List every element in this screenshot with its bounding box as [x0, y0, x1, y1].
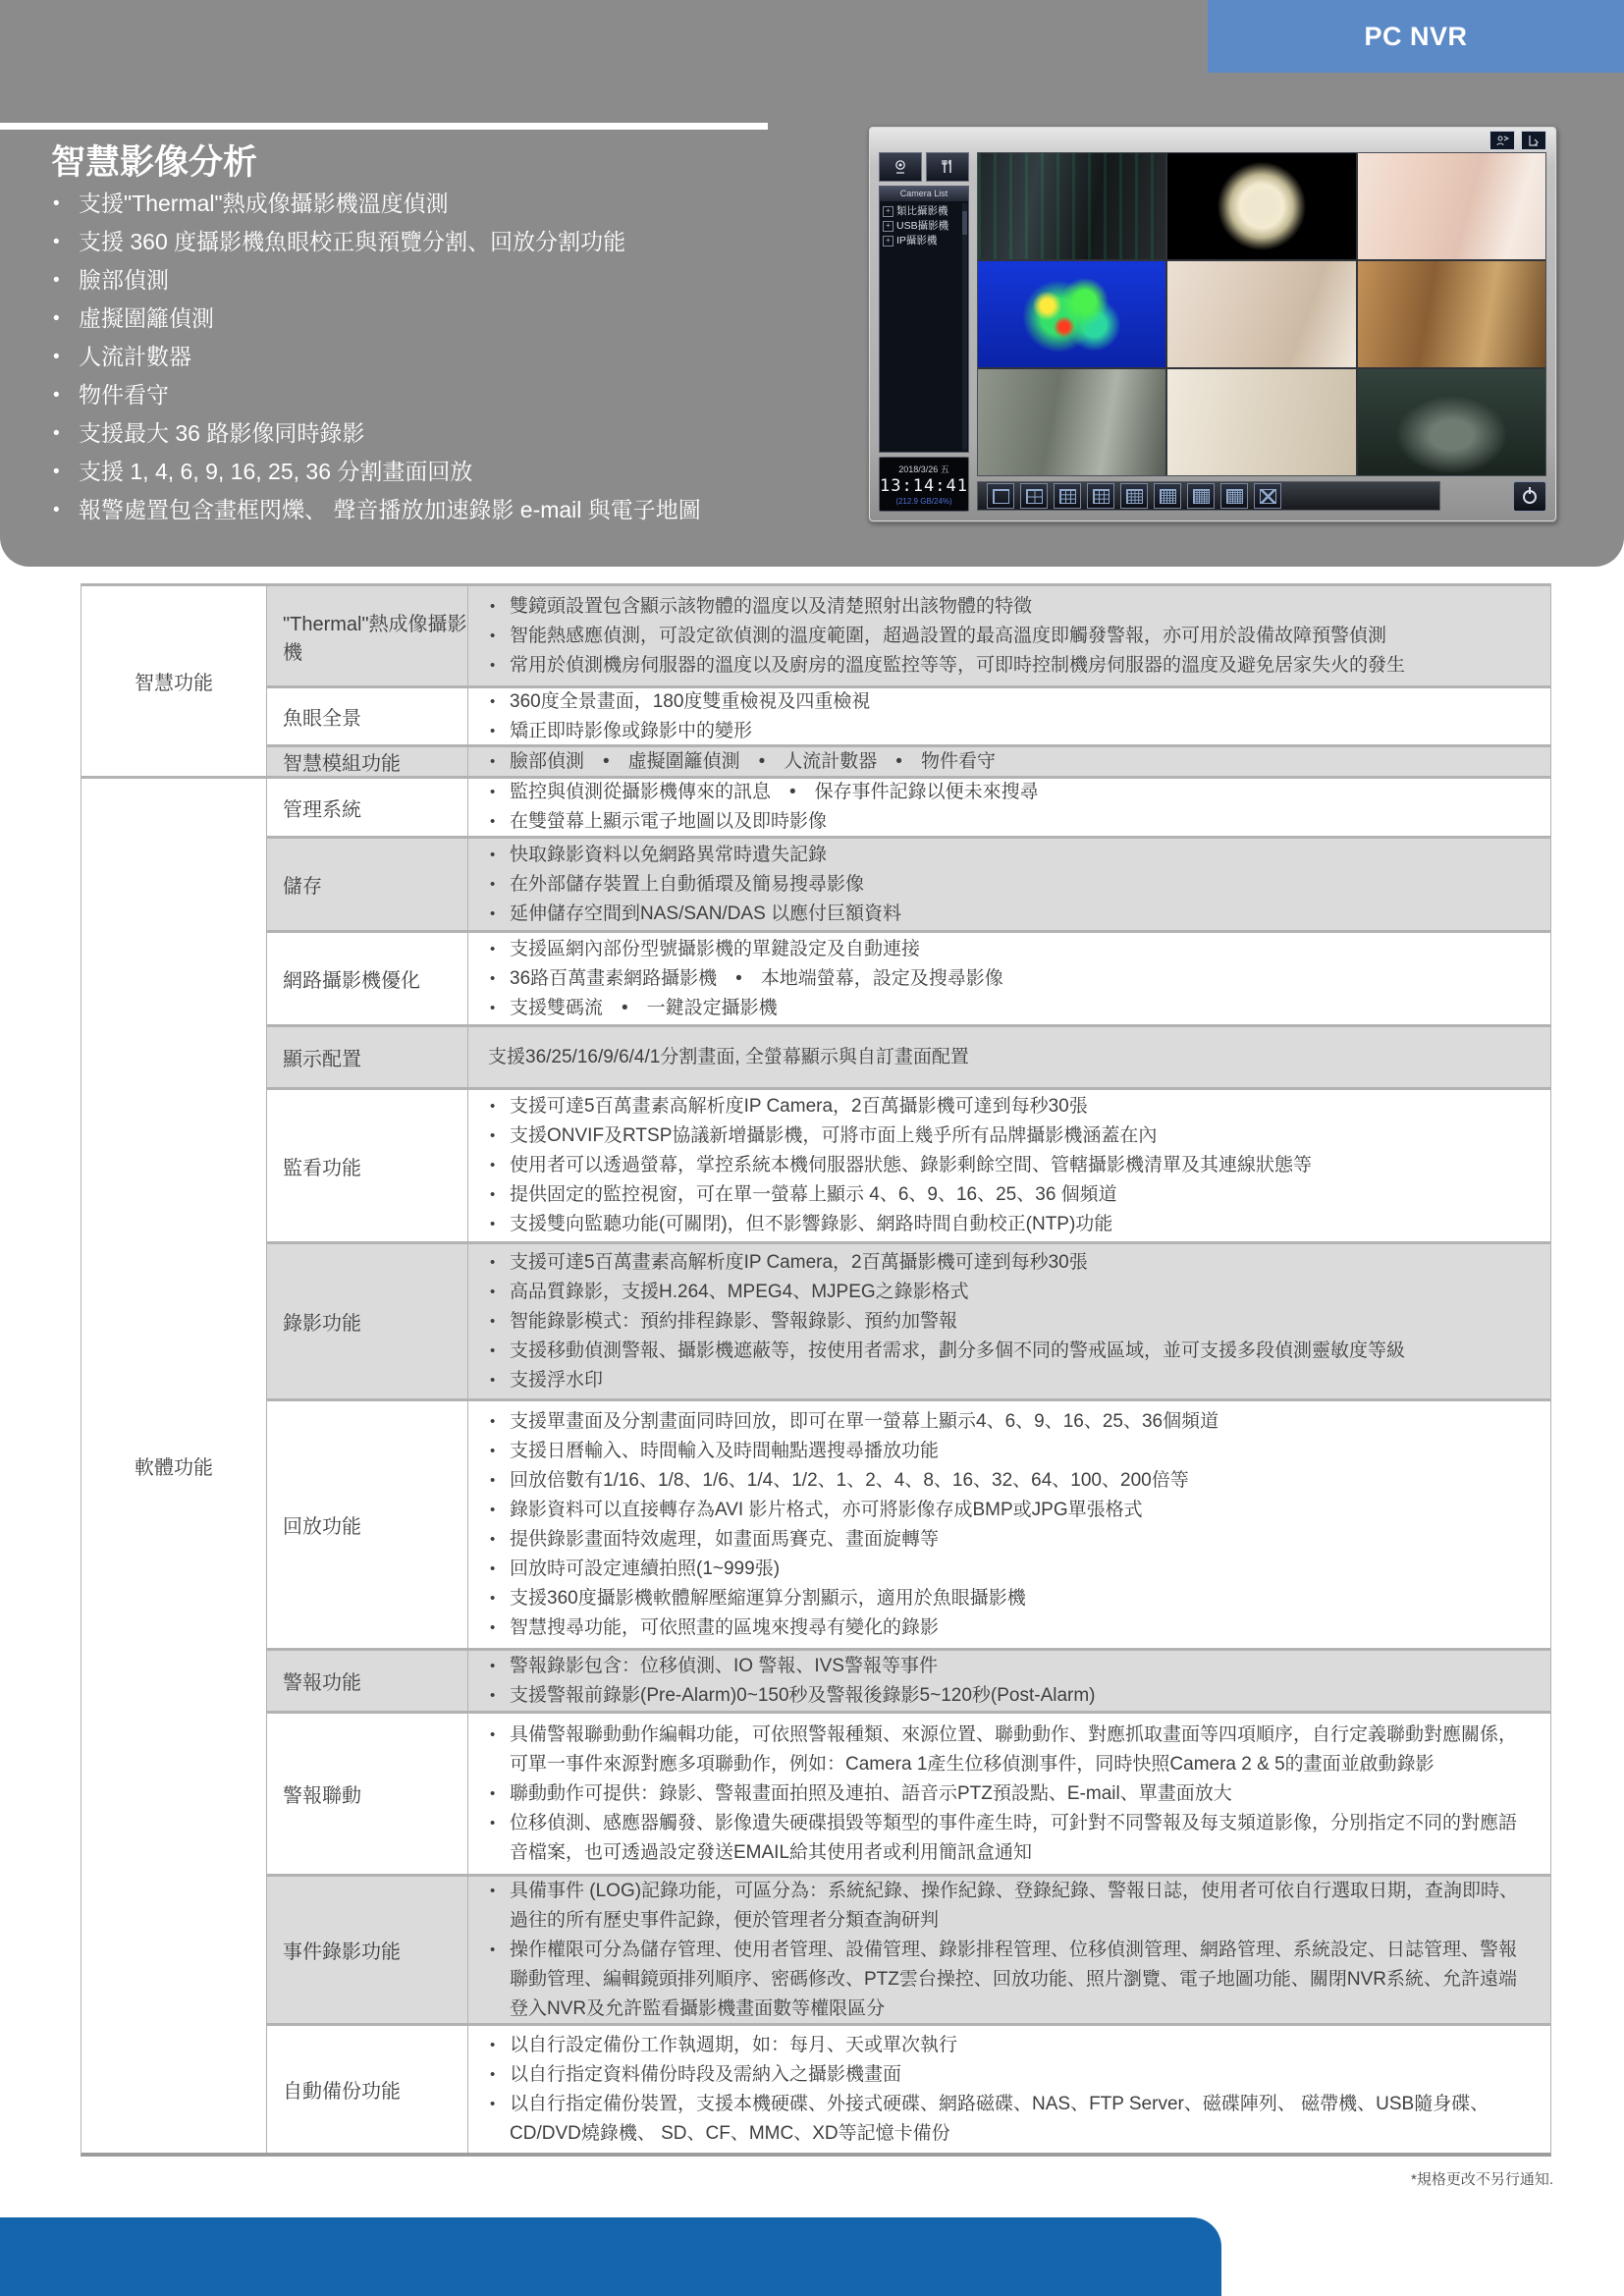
- camera-tile-parking-garage: [1358, 369, 1545, 475]
- spec-row-label: 警報聯動: [267, 1714, 468, 1874]
- spec-row: 儲存快取錄影資料以免網路異常時遺失記錄在外部儲存裝置上自動循環及簡易搜尋影像延伸…: [267, 836, 1550, 930]
- clock-time: 13:14:41: [880, 476, 968, 496]
- spec-bullet: 臉部偵測 • 虛擬圍籬偵測 • 人流計數器 • 物件看守: [488, 747, 1527, 777]
- layout-button-split-4: [1020, 483, 1048, 509]
- nvr-sidebar: Camera List +類比攝影機+USB攝影機+IP攝影機 2018/3/2…: [879, 152, 969, 512]
- expand-icon: +: [883, 206, 893, 217]
- spec-bullet: 聯動動作可提供：錄影、警報畫面拍照及連拍、語音示PTZ預設點、E-mail、單畫…: [488, 1779, 1527, 1809]
- spec-row: 監看功能支援可達5百萬畫素高解析度IP Camera，2百萬攝影機可達到每秒30…: [267, 1087, 1550, 1241]
- spec-row-label-text: 顯示配置: [283, 1043, 361, 1071]
- feature-bullet-text: 人流計數器: [79, 338, 191, 376]
- storage-status: (212.9 GB/24%): [895, 497, 951, 506]
- spec-row: 警報功能警報錄影包含：位移偵測、IO 警報、IVS警報等事件支援警報前錄影(Pr…: [267, 1648, 1550, 1711]
- camera-list-item: +IP攝影機: [883, 234, 965, 248]
- footer-band: [0, 2217, 1221, 2296]
- camera-list-scrollbar: [962, 203, 967, 450]
- spec-row-label-text: 魚眼全景: [283, 702, 361, 731]
- split-grid-icon: [993, 489, 1009, 504]
- layout-button-split-9: [1087, 483, 1114, 509]
- spec-bullet: 在外部儲存裝置上自動循環及簡易搜尋影像: [488, 870, 1527, 900]
- bullet-dot-icon: •: [53, 491, 79, 529]
- spec-row: "Thermal"熱成像攝影機雙鏡頭設置包含顯示該物體的溫度以及清楚照射出該物體…: [267, 586, 1550, 685]
- spec-row-label-text: 回放功能: [283, 1510, 361, 1539]
- spec-bullet: 以自行設定備份工作執週期，如：每月、天或單次執行: [488, 2031, 1527, 2060]
- spec-row-label-text: 儲存: [283, 870, 322, 899]
- camera-tile-family-reading: [1167, 261, 1355, 367]
- layout-button-split-25: [1154, 483, 1181, 509]
- spec-bullet: 支援警報前錄影(Pre-Alarm)0~150秒及警報後錄影5~120秒(Pos…: [488, 1681, 1527, 1711]
- spec-bullet: 支援可達5百萬畫素高解析度IP Camera，2百萬攝影機可達到每秒30張: [488, 1248, 1527, 1278]
- bullet-dot-icon: •: [53, 261, 79, 300]
- spec-group-column: 智慧功能軟體功能: [81, 586, 267, 2153]
- spec-bullet: 支援區網內部份型號攝影機的單鍵設定及自動連接: [488, 935, 1527, 964]
- clock-date: 2018/3/26 五: [898, 463, 949, 475]
- spec-bullet: 36路百萬畫素網路攝影機 • 本地端螢幕，設定及搜尋影像: [488, 964, 1527, 994]
- spec-row-label-text: "Thermal"熱成像攝影機: [283, 608, 467, 665]
- spec-row-content: 監控與偵測從攝影機傳來的訊息 • 保存事件記錄以便未來搜尋在雙螢幕上顯示電子地圖…: [468, 779, 1550, 836]
- split-grid-icon: [1193, 489, 1210, 504]
- expand-icon: +: [883, 236, 893, 246]
- spec-row-label: "Thermal"熱成像攝影機: [267, 586, 468, 685]
- spec-group-label: 軟體功能: [81, 776, 266, 2153]
- spec-group-text: 軟體功能: [135, 1451, 213, 1480]
- spec-row-content: 支援區網內部份型號攝影機的單鍵設定及自動連接36路百萬畫素網路攝影機 • 本地端…: [468, 933, 1550, 1024]
- spec-bullet: 操作權限可分為儲存管理、使用者管理、設備管理、錄影排程管理、位移偵測管理、網路管…: [488, 1936, 1527, 2024]
- video-grid: [977, 152, 1546, 476]
- spec-row-label-text: 警報聯動: [283, 1779, 361, 1808]
- spec-row-label-text: 監看功能: [283, 1152, 361, 1180]
- camera-view-button: [879, 152, 922, 182]
- spec-bullet: 支援單畫面及分割畫面同時回放，即可在單一螢幕上顯示4、6、9、16、25、36個…: [488, 1407, 1527, 1437]
- spec-row: 回放功能支援單畫面及分割畫面同時回放，即可在單一螢幕上顯示4、6、9、16、25…: [267, 1398, 1550, 1648]
- spec-row-label-text: 錄影功能: [283, 1307, 361, 1336]
- power-button: [1513, 481, 1546, 512]
- spec-row-content: 以自行設定備份工作執週期，如：每月、天或單次執行以自行指定資料備份時段及需納入之…: [468, 2026, 1550, 2153]
- spec-bullet: 具備警報聯動動作編輯功能，可依照警報種類、來源位置、聯動動作、對應抓取畫面等四項…: [488, 1721, 1527, 1779]
- feature-bullet: •虛擬圍籬偵測: [53, 300, 819, 338]
- spec-bullet: 提供固定的監控視窗，可在單一螢幕上顯示 4、6、9、16、25、36 個頻道: [488, 1180, 1527, 1210]
- spec-bullet: 以自行指定備份裝置，支援本機硬碟、外接式硬碟、網路磁碟、NAS、FTP Serv…: [488, 2090, 1527, 2149]
- spec-bullet: 智能錄影模式：預約排程錄影、警報錄影、預約加警報: [488, 1307, 1527, 1337]
- alarm-status-icon: [1489, 131, 1515, 150]
- clock-panel: 2018/3/26 五 13:14:41 (212.9 GB/24%): [879, 457, 969, 512]
- feature-bullet-text: 支援 360 度攝影機魚眼校正與預覽分割、回放分割功能: [79, 223, 625, 261]
- spec-row-content: 臉部偵測 • 虛擬圍籬偵測 • 人流計數器 • 物件看守: [468, 747, 1550, 776]
- expand-icon: +: [883, 221, 893, 232]
- spec-row: 自動備份功能以自行設定備份工作執週期，如：每月、天或單次執行以自行指定資料備份時…: [267, 2023, 1550, 2153]
- feature-bullet-text: 虛擬圍籬偵測: [79, 300, 214, 338]
- spec-bullet: 支援360度攝影機軟體解壓縮運算分割顯示，適用於魚眼攝影機: [488, 1584, 1527, 1613]
- spec-row-label: 魚眼全景: [267, 688, 468, 744]
- split-grid-icon: [1026, 489, 1043, 504]
- spec-row-content: 支援可達5百萬畫素高解析度IP Camera，2百萬攝影機可達到每秒30張高品質…: [468, 1244, 1550, 1398]
- feature-bullet-list: •支援"Thermal"熱成像攝影機溫度偵測•支援 360 度攝影機魚眼校正與預…: [53, 185, 819, 529]
- split-grid-icon: [1126, 489, 1143, 504]
- spec-row-label-text: 事件錄影功能: [283, 1936, 401, 1964]
- title-rule: [0, 123, 768, 130]
- layout-button-split-1: [987, 483, 1014, 509]
- spec-row-content: 具備事件 (LOG)記錄功能，可區分為：系統紀錄、操作紀錄、登錄紀錄、警報日誌，…: [468, 1877, 1550, 2023]
- spec-bullet: 支援ONVIF及RTSP協議新增攝影機，可將市面上幾乎所有品牌攝影機涵蓋在內: [488, 1121, 1527, 1151]
- spec-row: 智慧模組功能臉部偵測 • 虛擬圍籬偵測 • 人流計數器 • 物件看守: [267, 744, 1550, 776]
- layout-button-fullscreen: [1254, 483, 1281, 509]
- spec-row-content: 具備警報聯動動作編輯功能，可依照警報種類、來源位置、聯動動作、對應抓取畫面等四項…: [468, 1714, 1550, 1874]
- feature-bullet-text: 報警處置包含畫框閃爍、 聲音播放加速錄影 e-mail 與電子地圖: [79, 491, 701, 529]
- nvr-screenshot: Camera List +類比攝影機+USB攝影機+IP攝影機 2018/3/2…: [868, 126, 1557, 522]
- camera-list-item: +類比攝影機: [883, 204, 965, 219]
- spec-bullet: 提供錄影畫面特效處理，如畫面馬賽克、畫面旋轉等: [488, 1525, 1527, 1555]
- nvr-main-area: [977, 152, 1546, 512]
- spec-rows: "Thermal"熱成像攝影機雙鏡頭設置包含顯示該物體的溫度以及清楚照射出該物體…: [267, 586, 1550, 2153]
- spec-bullet: 智能熱感應偵測，可設定欲偵測的溫度範圍，超過設置的最高溫度即觸發警報，亦可用於設…: [488, 622, 1527, 651]
- camera-tile-loft-studio: [978, 369, 1165, 475]
- spec-row-label-text: 自動備份功能: [283, 2075, 401, 2104]
- spec-bullet: 支援36/25/16/9/6/4/1分割畫面, 全螢幕顯示與自訂畫面配置: [488, 1044, 1527, 1071]
- spec-bullet: 支援日曆輸入、時間輸入及時間軸點選搜尋播放功能: [488, 1437, 1527, 1466]
- spec-bullet: 常用於偵測機房伺服器的溫度以及廚房的溫度監控等等，可即時控制機房伺服器的溫度及避…: [488, 651, 1527, 681]
- spec-bullet: 智慧搜尋功能，可依照畫的區塊來搜尋有變化的錄影: [488, 1613, 1527, 1643]
- layout-toolbar: [977, 481, 1440, 511]
- spec-row-label-text: 警報功能: [283, 1667, 361, 1695]
- spec-row-label-text: 智慧模組功能: [283, 747, 401, 776]
- spec-group-label: 智慧功能: [81, 586, 266, 776]
- nvr-window-icons: [1489, 131, 1546, 150]
- spec-row-content: 雙鏡頭設置包含顯示該物體的溫度以及清楚照射出該物體的特徵智能熱感應偵測，可設定欲…: [468, 586, 1550, 685]
- camera-tile-face-detection-wall: [1358, 153, 1545, 259]
- layout-button-split-16: [1120, 483, 1148, 509]
- feature-bullet-text: 支援"Thermal"熱成像攝影機溫度偵測: [79, 185, 449, 223]
- feature-bullet: •物件看守: [53, 376, 819, 414]
- spec-row-content: 支援單畫面及分割畫面同時回放，即可在單一螢幕上顯示4、6、9、16、25、36個…: [468, 1401, 1550, 1648]
- nvr-body: Camera List +類比攝影機+USB攝影機+IP攝影機 2018/3/2…: [879, 152, 1546, 512]
- bullet-dot-icon: •: [53, 300, 79, 338]
- spec-row-label: 儲存: [267, 839, 468, 930]
- camera-list-item: +USB攝影機: [883, 219, 965, 234]
- spec-row-content: 支援可達5百萬畫素高解析度IP Camera，2百萬攝影機可達到每秒30張支援O…: [468, 1090, 1550, 1241]
- power-icon: [1523, 490, 1537, 504]
- spec-table: 智慧功能軟體功能 "Thermal"熱成像攝影機雙鏡頭設置包含顯示該物體的溫度以…: [81, 583, 1551, 2157]
- spec-bullet: 支援雙向監聽功能(可關閉)，但不影響錄影、網路時間自動校正(NTP)功能: [488, 1210, 1527, 1239]
- spec-bullet: 高品質錄影，支援H.264、MPEG4、MJPEG之錄影格式: [488, 1278, 1527, 1307]
- spec-bullet: 回放時可設定連續拍照(1~999張): [488, 1555, 1527, 1584]
- spec-bullet: 位移偵測、感應器觸發、影像遺失硬碟損毀等類型的事件產生時，可針對不同警報及每支頻…: [488, 1809, 1527, 1868]
- fullscreen-icon: [1260, 489, 1276, 504]
- spec-bullet: 矯正即時影像或錄影中的變形: [488, 717, 1527, 746]
- layout-button-split-36: [1187, 483, 1215, 509]
- spec-bullet: 支援雙碼流 • 一鍵設定攝影機: [488, 994, 1527, 1023]
- spec-row-label-text: 管理系統: [283, 793, 361, 822]
- feature-bullet: •支援 360 度攝影機魚眼校正與預覽分割、回放分割功能: [53, 223, 819, 261]
- product-tag: PC NVR: [1208, 0, 1624, 73]
- camera-list-item-label: USB攝影機: [896, 219, 948, 234]
- layout-button-split-64: [1220, 483, 1248, 509]
- spec-bullet: 具備事件 (LOG)記錄功能，可區分為：系統紀錄、操作紀錄、登錄紀錄、警報日誌，…: [488, 1877, 1527, 1936]
- spec-row-content: 快取錄影資料以免網路異常時遺失記錄在外部儲存裝置上自動循環及簡易搜尋影像延伸儲存…: [468, 839, 1550, 930]
- spec-row-label: 錄影功能: [267, 1244, 468, 1398]
- spec-row: 魚眼全景360度全景畫面，180度雙重檢視及四重檢視矯正即時影像或錄影中的變形: [267, 685, 1550, 744]
- bullet-dot-icon: •: [53, 338, 79, 376]
- spec-row-label-text: 網路攝影機優化: [283, 964, 420, 993]
- datasheet-page: PC NVR 智慧影像分析 •支援"Thermal"熱成像攝影機溫度偵測•支援 …: [0, 0, 1624, 2296]
- spec-bullet: 錄影資料可以直接轉存為AVI 影片格式，亦可將影像存成BMP或JPG單張格式: [488, 1496, 1527, 1525]
- feature-bullet: •人流計數器: [53, 338, 819, 376]
- split-grid-icon: [1160, 489, 1176, 504]
- sidebar-buttons: [879, 152, 969, 182]
- camera-list-panel: Camera List +類比攝影機+USB攝影機+IP攝影機: [879, 186, 969, 453]
- camera-tile-fisheye-360: [1167, 153, 1355, 259]
- spec-bullet: 警報錄影包含：位移偵測、IO 警報、IVS警報等事件: [488, 1652, 1527, 1681]
- feature-bullet-text: 支援最大 36 路影像同時錄影: [79, 414, 364, 453]
- feature-bullet-text: 物件看守: [79, 376, 169, 414]
- spec-row-label: 事件錄影功能: [267, 1877, 468, 2023]
- spec-row: 錄影功能支援可達5百萬畫素高解析度IP Camera，2百萬攝影機可達到每秒30…: [267, 1241, 1550, 1398]
- camera-tile-living-room: [1358, 261, 1545, 367]
- spec-bullet: 支援浮水印: [488, 1366, 1527, 1395]
- spec-row: 網路攝影機優化支援區網內部份型號攝影機的單鍵設定及自動連接36路百萬畫素網路攝影…: [267, 930, 1550, 1024]
- split-grid-icon: [1093, 489, 1110, 504]
- camera-tile-thermal-imaging: [978, 261, 1165, 367]
- spec-row-content: 警報錄影包含：位移偵測、IO 警報、IVS警報等事件支援警報前錄影(Pre-Al…: [468, 1651, 1550, 1711]
- feature-bullet: •臉部偵測: [53, 261, 819, 300]
- spec-bullet: 延伸儲存空間到NAS/SAN/DAS 以應付巨額資料: [488, 900, 1527, 929]
- spec-row-content: 支援36/25/16/9/6/4/1分割畫面, 全螢幕顯示與自訂畫面配置: [468, 1027, 1550, 1087]
- bullet-dot-icon: •: [53, 223, 79, 261]
- spec-bullet: 360度全景畫面，180度雙重檢視及四重檢視: [488, 687, 1527, 717]
- split-grid-icon: [1059, 489, 1076, 504]
- logout-icon: [1521, 131, 1546, 150]
- spec-row: 顯示配置支援36/25/16/9/6/4/1分割畫面, 全螢幕顯示與自訂畫面配置: [267, 1024, 1550, 1087]
- spec-row-label: 監看功能: [267, 1090, 468, 1241]
- camera-tile-white-sofa-lounge: [1167, 369, 1355, 475]
- camera-tile-server-room: [978, 153, 1165, 259]
- spec-bullet: 支援移動偵測警報、攝影機遮蔽等，按使用者需求，劃分多個不同的警戒區域，並可支援多…: [488, 1337, 1527, 1366]
- spec-row-label: 智慧模組功能: [267, 747, 468, 776]
- camera-list-item-label: 類比攝影機: [896, 204, 948, 219]
- product-tag-label: PC NVR: [1364, 22, 1467, 52]
- bullet-dot-icon: •: [53, 376, 79, 414]
- bullet-dot-icon: •: [53, 414, 79, 453]
- spec-row-label: 網路攝影機優化: [267, 933, 468, 1024]
- spec-bullet: 支援可達5百萬畫素高解析度IP Camera，2百萬攝影機可達到每秒30張: [488, 1092, 1527, 1121]
- spec-row-label: 警報功能: [267, 1651, 468, 1711]
- feature-bullet: •報警處置包含畫框閃爍、 聲音播放加速錄影 e-mail 與電子地圖: [53, 491, 819, 529]
- spec-row-label: 自動備份功能: [267, 2026, 468, 2153]
- spec-row-label: 顯示配置: [267, 1027, 468, 1087]
- settings-tools-button: [926, 152, 969, 182]
- spec-row: 管理系統監控與偵測從攝影機傳來的訊息 • 保存事件記錄以便未來搜尋在雙螢幕上顯示…: [267, 776, 1550, 836]
- spec-row-label: 管理系統: [267, 779, 468, 836]
- nvr-toolbar-row: [977, 480, 1546, 512]
- spec-row: 警報聯動具備警報聯動動作編輯功能，可依照警報種類、來源位置、聯動動作、對應抓取畫…: [267, 1711, 1550, 1874]
- section-title: 智慧影像分析: [51, 136, 257, 185]
- spec-bullet: 在雙螢幕上顯示電子地圖以及即時影像: [488, 807, 1527, 837]
- feature-bullet-text: 支援 1, 4, 6, 9, 16, 25, 36 分割畫面回放: [79, 453, 472, 491]
- spec-bullet: 快取錄影資料以免網路異常時遺失記錄: [488, 841, 1527, 870]
- camera-list: +類比攝影機+USB攝影機+IP攝影機: [880, 201, 968, 452]
- bullet-dot-icon: •: [53, 453, 79, 491]
- spec-bullet: 回放倍數有1/16、1/8、1/6、1/4、1/2、1、2、4、8、16、32、…: [488, 1466, 1527, 1496]
- spec-row: 事件錄影功能具備事件 (LOG)記錄功能，可區分為：系統紀錄、操作紀錄、登錄紀錄…: [267, 1874, 1550, 2023]
- feature-bullet: •支援最大 36 路影像同時錄影: [53, 414, 819, 453]
- layout-button-split-6: [1054, 483, 1081, 509]
- feature-bullet: •支援"Thermal"熱成像攝影機溫度偵測: [53, 185, 819, 223]
- feature-bullet: •支援 1, 4, 6, 9, 16, 25, 36 分割畫面回放: [53, 453, 819, 491]
- spec-group-text: 智慧功能: [135, 667, 213, 695]
- split-grid-icon: [1226, 489, 1243, 504]
- spec-bullet: 以自行指定資料備份時段及需納入之攝影機畫面: [488, 2060, 1527, 2090]
- spec-row-content: 360度全景畫面，180度雙重檢視及四重檢視矯正即時影像或錄影中的變形: [468, 688, 1550, 744]
- feature-bullet-text: 臉部偵測: [79, 261, 169, 300]
- bullet-dot-icon: •: [53, 185, 79, 223]
- camera-list-item-label: IP攝影機: [896, 234, 937, 248]
- spec-bullet: 監控與偵測從攝影機傳來的訊息 • 保存事件記錄以便未來搜尋: [488, 778, 1527, 807]
- footnote: *規格更改不另行通知.: [1411, 2168, 1553, 2189]
- spec-row-label: 回放功能: [267, 1401, 468, 1648]
- spec-bullet: 使用者可以透過螢幕，掌控系統本機伺服器狀態、錄影剩餘空間、管轄攝影機清單及其連線…: [488, 1151, 1527, 1180]
- spec-bullet: 雙鏡頭設置包含顯示該物體的溫度以及清楚照射出該物體的特徵: [488, 592, 1527, 622]
- camera-list-header: Camera List: [880, 187, 968, 201]
